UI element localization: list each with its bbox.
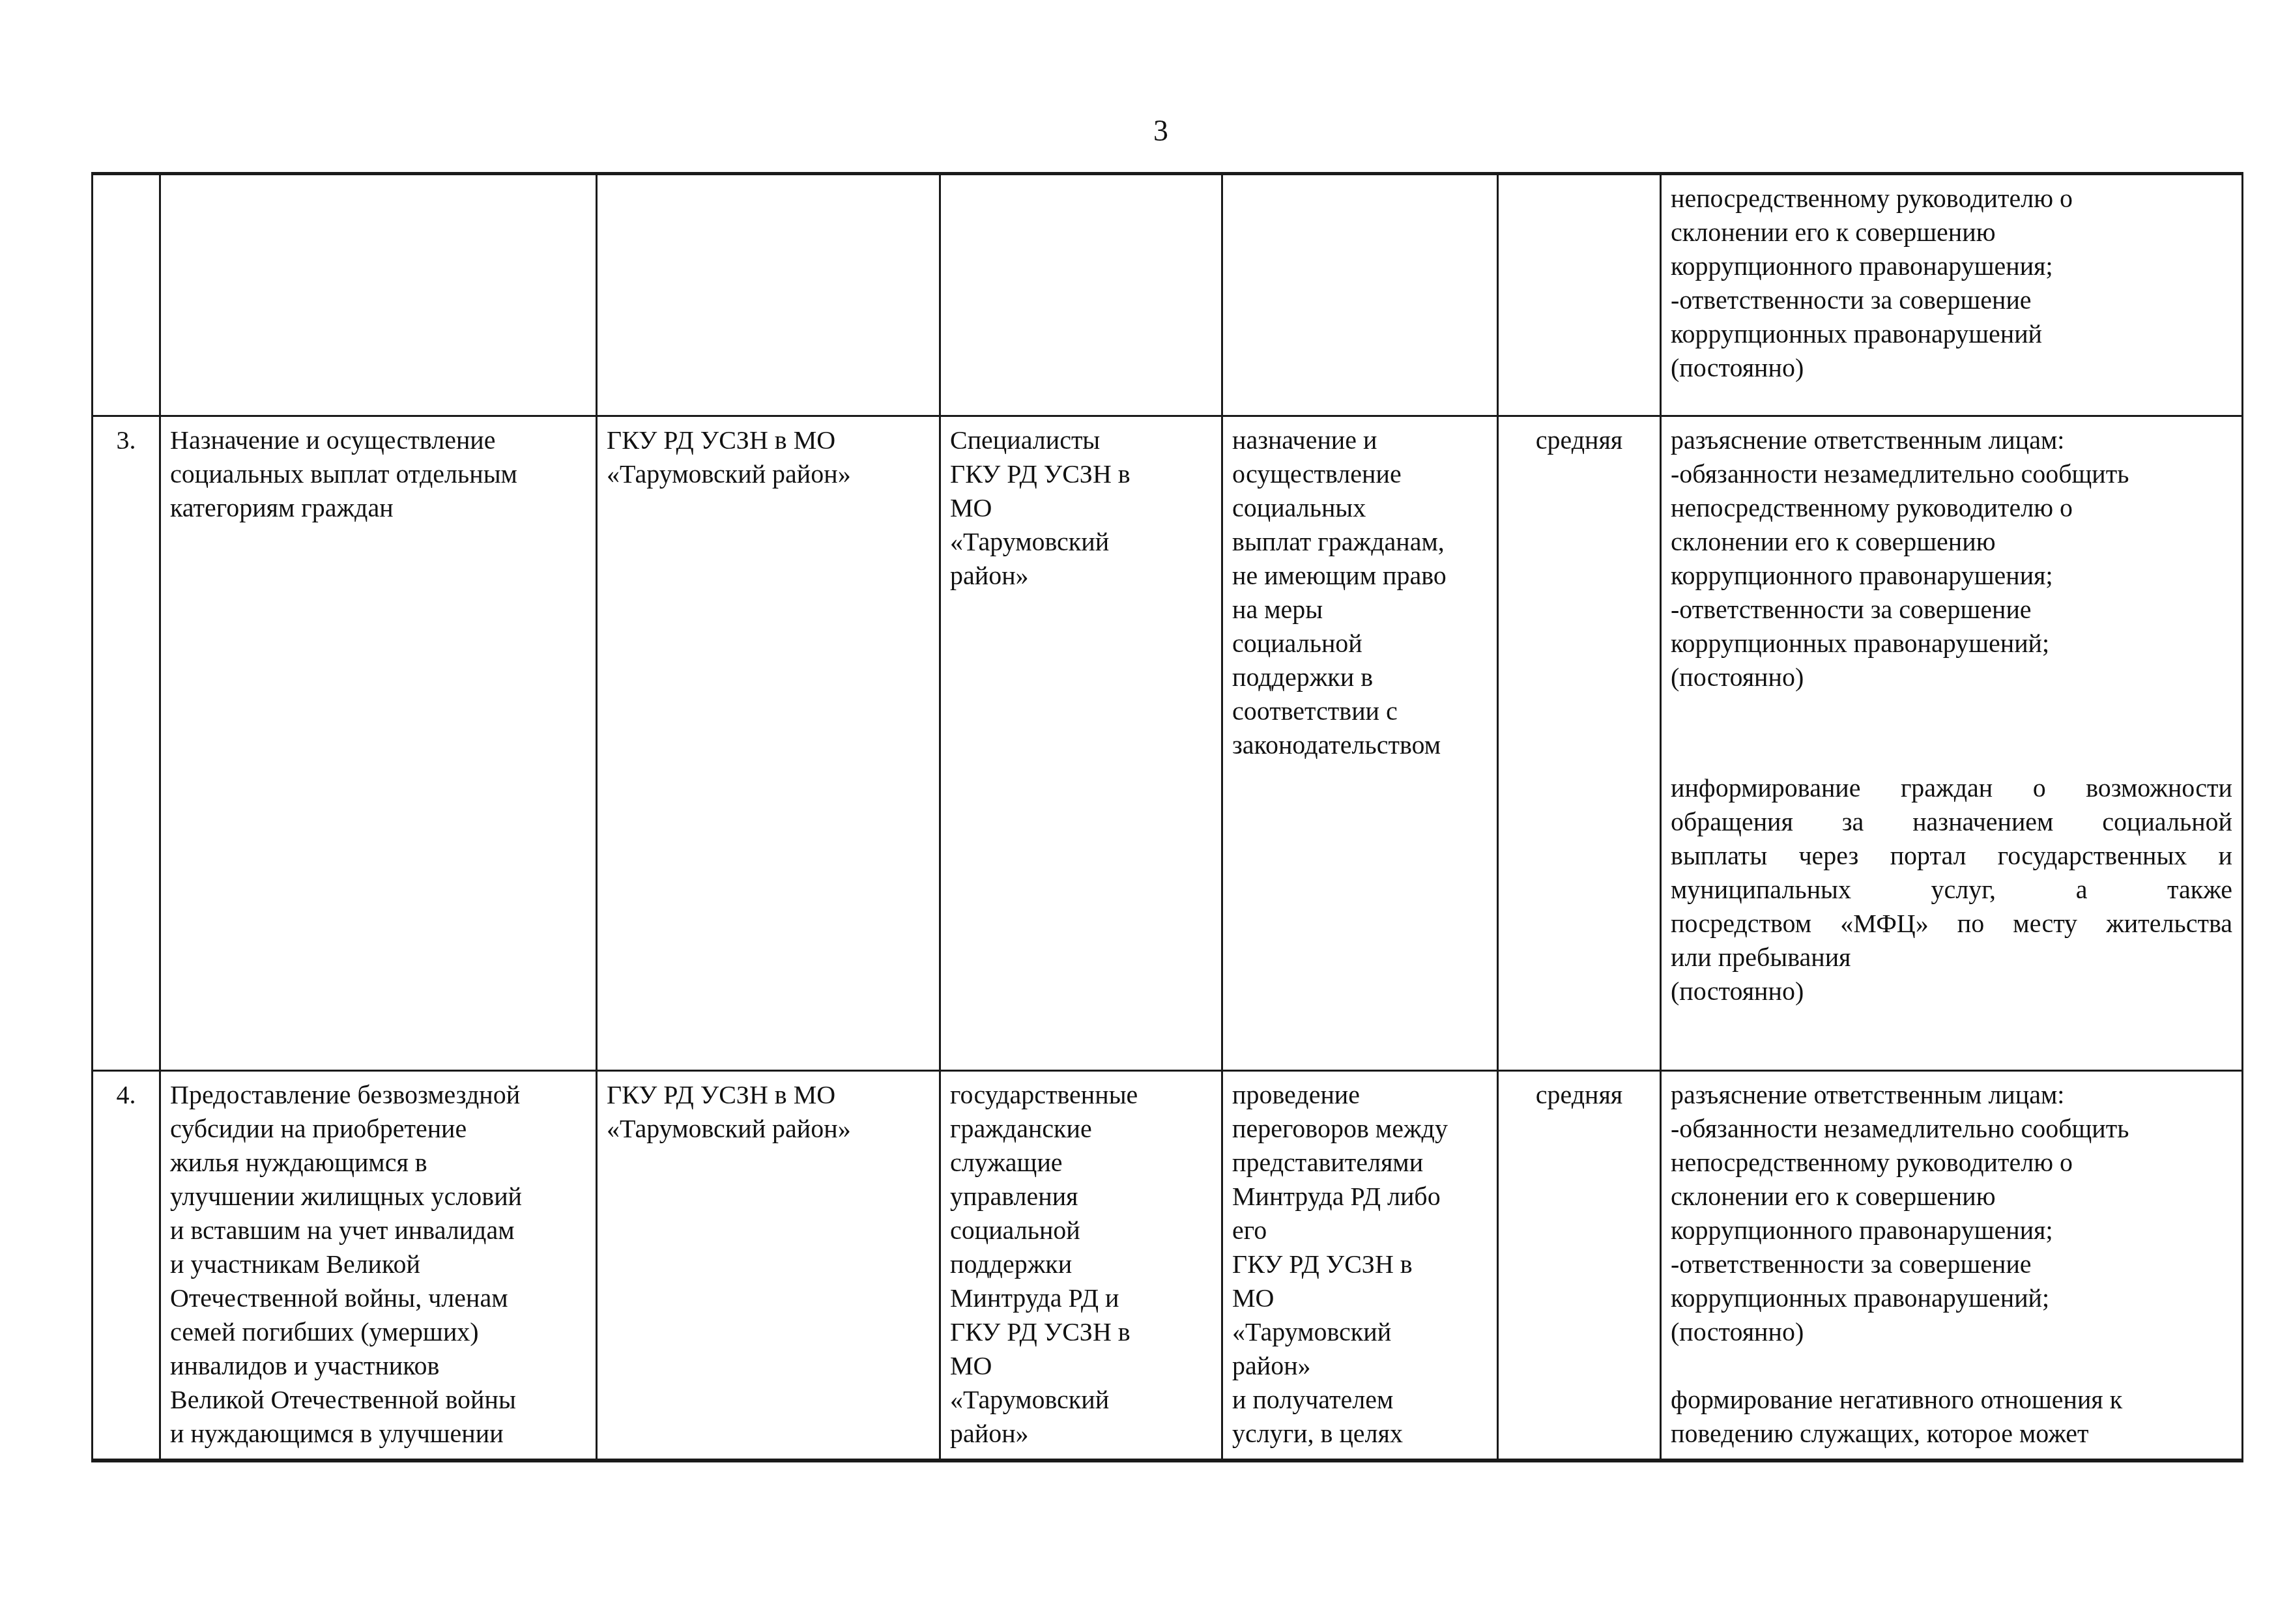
cell-line: законодательством — [1232, 728, 1488, 762]
cell-line: МО — [1232, 1281, 1488, 1315]
corruption-risk-table: непосредственному руководителю осклонени… — [91, 172, 2243, 1462]
cell-line: управления — [950, 1180, 1212, 1214]
cell-line: субсидии на приобретение — [170, 1112, 586, 1146]
organization-cell: ГКУ РД УСЗН в МО«Тарумовский район» — [597, 416, 940, 1071]
cell-line: семей погибших (умерших) — [170, 1315, 586, 1349]
row-number: 3. — [93, 416, 160, 1071]
cell-line: «Тарумовский — [1232, 1315, 1488, 1349]
process-cell: Предоставление безвозмезднойсубсидии на … — [160, 1071, 597, 1461]
cell-line: или пребывания — [1671, 941, 2232, 975]
cell-line: информирование граждан о возможности — [1671, 771, 2232, 805]
cell-line: (постоянно) — [1671, 975, 2232, 1008]
cell-line: «Тарумовский — [950, 525, 1212, 559]
cell-line: осуществление — [1232, 457, 1488, 491]
row-number — [93, 174, 160, 416]
cell-line: (постоянно) — [1671, 661, 2232, 694]
cell-line: непосредственному руководителю о — [1671, 182, 2232, 216]
cell-line: Минтруда РД либо — [1232, 1180, 1488, 1214]
cell-line: инвалидов и участников — [170, 1349, 586, 1383]
cell-line: Назначение и осуществление — [170, 423, 586, 457]
cell-line: проведение — [1232, 1078, 1488, 1112]
cell-line: -ответственности за совершение — [1671, 1247, 2232, 1281]
table-row: непосредственному руководителю осклонени… — [93, 174, 2243, 416]
cell-line: разъяснение ответственным лицам: — [1671, 423, 2232, 457]
cell-line: услуги, в целях — [1232, 1417, 1488, 1451]
cell-line: разъяснение ответственным лицам: — [1671, 1078, 2232, 1112]
risk-level-cell: средняя — [1498, 416, 1661, 1071]
row-number: 4. — [93, 1071, 160, 1461]
cell-line: служащие — [950, 1146, 1212, 1180]
cell-line: ГКУ РД УСЗН в МО — [607, 423, 930, 457]
cell-line: «Тарумовский район» — [607, 1112, 930, 1146]
cell-line: его — [1232, 1214, 1488, 1247]
cell-line: посредством «МФЦ» по месту жительства — [1671, 907, 2232, 941]
cell-line: улучшении жилищных условий — [170, 1180, 586, 1214]
cell-line: непосредственному руководителю о — [1671, 491, 2232, 525]
cell-line: социальных выплат отдельным — [170, 457, 586, 491]
measures-cell: непосредственному руководителю осклонени… — [1661, 174, 2243, 416]
cell-line: поведению служащих, которое может — [1671, 1417, 2232, 1451]
process-cell: Назначение и осуществлениесоциальных вып… — [160, 416, 597, 1071]
cell-line: формирование негативного отношения к — [1671, 1383, 2232, 1417]
measures-cell: разъяснение ответственным лицам:-обязанн… — [1661, 416, 2243, 1071]
cell-line: район» — [1232, 1349, 1488, 1383]
cell-line: МО — [950, 491, 1212, 525]
cell-line: склонении его к совершению — [1671, 525, 2232, 559]
table-row: 3.Назначение и осуществлениесоциальных в… — [93, 416, 2243, 1071]
cell-line: переговоров между — [1232, 1112, 1488, 1146]
cell-line: социальных — [1232, 491, 1488, 525]
cell-line: -обязанности незамедлительно сообщить — [1671, 1112, 2232, 1146]
cell-line: -ответственности за совершение — [1671, 283, 2232, 317]
cell-line: коррупционных правонарушений; — [1671, 627, 2232, 661]
cell-line: не имеющим право — [1232, 559, 1488, 593]
cell-line: соответствии с — [1232, 694, 1488, 728]
cell-line: коррупционного правонарушения; — [1671, 559, 2232, 593]
cell-line: поддержки — [950, 1247, 1212, 1281]
cell-line: ГКУ РД УСЗН в — [950, 1315, 1212, 1349]
risk-description-cell: назначение иосуществлениесоциальныхвыпла… — [1222, 416, 1498, 1071]
cell-line: и вставшим на учет инвалидам — [170, 1214, 586, 1247]
cell-line: «Тарумовский — [950, 1383, 1212, 1417]
cell-line: ГКУ РД УСЗН в — [1232, 1247, 1488, 1281]
responsible-cell — [940, 174, 1222, 416]
cell-line: назначение и — [1232, 423, 1488, 457]
cell-line: район» — [950, 1417, 1212, 1451]
cell-line: склонении его к совершению — [1671, 216, 2232, 249]
cell-line: коррупционных правонарушений; — [1671, 1281, 2232, 1315]
cell-line: категориям граждан — [170, 491, 586, 525]
cell-line: и получателем — [1232, 1383, 1488, 1417]
cell-line: (постоянно) — [1671, 351, 2232, 385]
cell-line: жилья нуждающимся в — [170, 1146, 586, 1180]
risk-level-cell: средняя — [1498, 1071, 1661, 1461]
cell-line: Отечественной войны, членам — [170, 1281, 586, 1315]
cell-line: коррупционного правонарушения; — [1671, 1214, 2232, 1247]
cell-line: (постоянно) — [1671, 1315, 2232, 1349]
process-cell — [160, 174, 597, 416]
cell-line: и участникам Великой — [170, 1247, 586, 1281]
cell-line: государственные — [950, 1078, 1212, 1112]
cell-line: коррупционного правонарушения; — [1671, 249, 2232, 283]
cell-line: ГКУ РД УСЗН в МО — [607, 1078, 930, 1112]
cell-line: коррупционных правонарушений — [1671, 317, 2232, 351]
risk-level-cell — [1498, 174, 1661, 416]
cell-line: -ответственности за совершение — [1671, 593, 2232, 627]
page-number: 3 — [1153, 116, 1168, 146]
cell-line: Великой Отечественной войны — [170, 1383, 586, 1417]
cell-line: муниципальных услуг, а также — [1671, 873, 2232, 907]
risk-description-cell — [1222, 174, 1498, 416]
cell-line: МО — [950, 1349, 1212, 1383]
cell-line: Специалисты — [950, 423, 1212, 457]
cell-line: Минтруда РД и — [950, 1281, 1212, 1315]
cell-line: социальной — [950, 1214, 1212, 1247]
cell-line: Предоставление безвозмездной — [170, 1078, 586, 1112]
cell-line: ГКУ РД УСЗН в — [950, 457, 1212, 491]
measures-cell: разъяснение ответственным лицам:-обязанн… — [1661, 1071, 2243, 1461]
cell-line: и нуждающимся в улучшении — [170, 1417, 586, 1451]
cell-line: поддержки в — [1232, 661, 1488, 694]
cell-line: представителями — [1232, 1146, 1488, 1180]
cell-line: «Тарумовский район» — [607, 457, 930, 491]
paragraph-gap — [1671, 694, 2232, 771]
risk-description-cell: проведениепереговоров междупредставителя… — [1222, 1071, 1498, 1461]
cell-line: выплат гражданам, — [1232, 525, 1488, 559]
cell-line: на меры — [1232, 593, 1488, 627]
cell-line: обращения за назначением социальной — [1671, 805, 2232, 839]
cell-line: социальной — [1232, 627, 1488, 661]
cell-line: непосредственному руководителю о — [1671, 1146, 2232, 1180]
responsible-cell: СпециалистыГКУ РД УСЗН вМО«Тарумовскийра… — [940, 416, 1222, 1071]
cell-line: район» — [950, 559, 1212, 593]
cell-line: -обязанности незамедлительно сообщить — [1671, 457, 2232, 491]
organization-cell — [597, 174, 940, 416]
paragraph-gap — [1671, 1349, 2232, 1383]
cell-line: склонении его к совершению — [1671, 1180, 2232, 1214]
cell-line: выплаты через портал государственных и — [1671, 839, 2232, 873]
cell-line: гражданские — [950, 1112, 1212, 1146]
organization-cell: ГКУ РД УСЗН в МО«Тарумовский район» — [597, 1071, 940, 1461]
table-row: 4.Предоставление безвозмезднойсубсидии н… — [93, 1071, 2243, 1461]
responsible-cell: государственныегражданскиеслужащиеуправл… — [940, 1071, 1222, 1461]
